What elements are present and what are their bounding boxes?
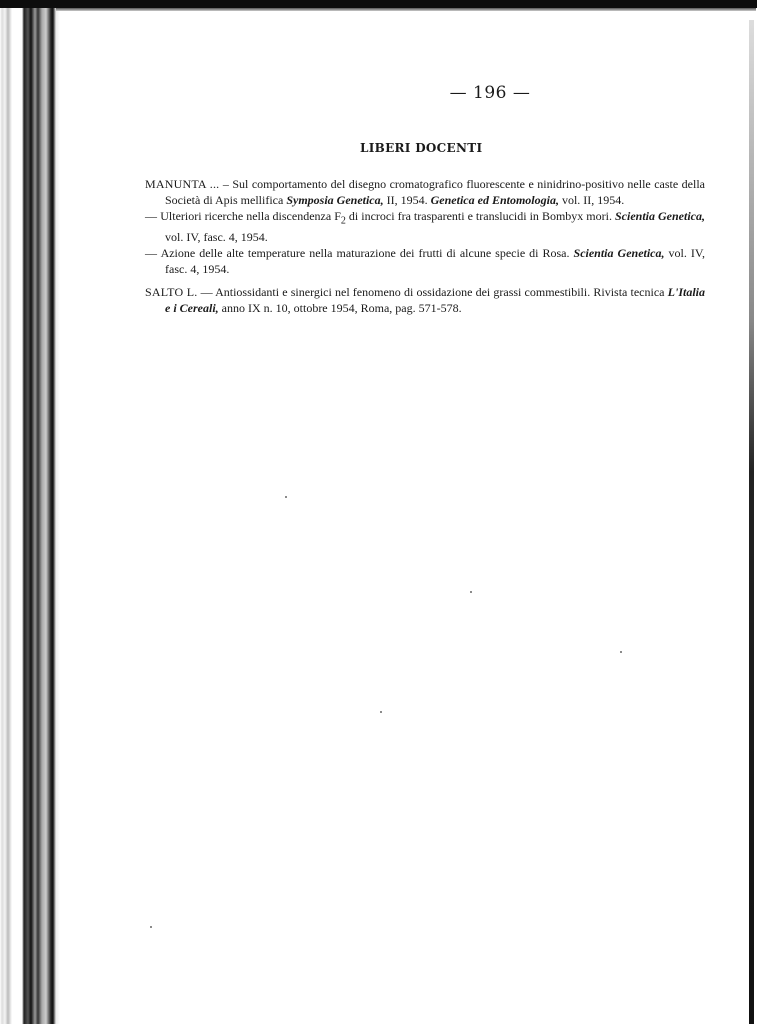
page-number: — 196 — <box>60 83 750 103</box>
entry-title: Antiossidanti e sinergici nel fenomeno d… <box>215 285 668 299</box>
entry-author: MANUNTA ... <box>145 177 219 191</box>
bibliography-entry: SALTO L. — Antiossidanti e sinergici nel… <box>145 284 705 316</box>
entry-journal: Genetica ed Entomologia, <box>431 193 559 207</box>
scan-speck <box>620 651 622 653</box>
section-title: LIBERI DOCENTI <box>360 141 482 155</box>
book-binding-edge <box>0 0 60 1024</box>
entry-journal: Scientia Genetica, <box>574 246 665 260</box>
scan-speck <box>470 591 472 593</box>
scan-speck <box>380 711 382 713</box>
entry-author: — <box>145 209 157 223</box>
scan-speck <box>285 496 287 498</box>
bibliography-entry: MANUNTA ... – Sul comportamento del dise… <box>145 176 705 208</box>
entry-author: SALTO L. <box>145 285 197 299</box>
entry-journal: Scientia Genetica, <box>615 209 705 223</box>
entry-title: Azione delle alte temperature nella matu… <box>161 246 574 260</box>
bibliography-entry: — Azione delle alte temperature nella ma… <box>145 245 705 277</box>
entry-title: Ulteriori ricerche nella discendenza F <box>160 209 341 223</box>
entry-author: — <box>145 246 157 260</box>
scan-speck <box>150 926 152 928</box>
entry-journal: Symposia Genetica, <box>286 193 383 207</box>
bibliography-entry: — Ulteriori ricerche nella discendenza F… <box>145 208 705 245</box>
scan-top-edge <box>0 0 757 8</box>
document-page: — 196 — LIBERI DOCENTI MANUNTA ... – Sul… <box>60 11 750 1024</box>
bibliography-list: MANUNTA ... – Sul comportamento del dise… <box>145 176 705 316</box>
